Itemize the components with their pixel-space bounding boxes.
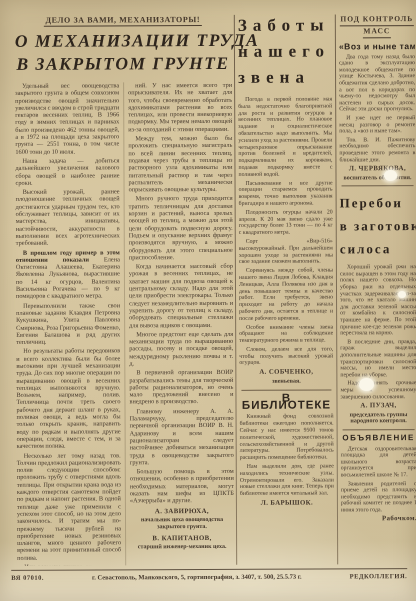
paper-damage-spot	[359, 378, 374, 391]
paragraph: В первичной организации ВОИР разрабатыва…	[129, 369, 233, 406]
article-kicker: ДЕЛО ЗА ВАМИ, МЕХАНИЗАТОРЫ!	[15, 15, 231, 25]
paragraph: Высокий урожай, раннее плодоношение тепл…	[16, 189, 120, 248]
article-silos: Перебои в заготовке силоса Хороший урожа…	[340, 191, 416, 425]
paragraph: Книжный фонд совхозной библиотеки ежегод…	[240, 414, 334, 462]
column-2: ний. У нас имеется всего три опрыскивате…	[128, 82, 234, 566]
signature-name: А. ПУЗАЧ,	[340, 403, 416, 410]
imprint-index: ВЯ 07010.	[11, 575, 44, 582]
headline-line2: в заготовке	[340, 214, 416, 237]
paragraph: Особое внимание члены звена обращают на …	[239, 324, 333, 345]
article-library: В БИБЛИОТЕКЕ Книжный фонд совхозной библ…	[239, 395, 333, 507]
paragraph: Много ручного труда приходится тратить т…	[129, 195, 233, 261]
paragraph: Несколько лет тому назад тов. Толчин пре…	[17, 452, 121, 562]
paragraph: Наша задача — добиться дальнейшего увели…	[15, 157, 119, 187]
article-headline: Перебои в заготовке силоса	[340, 191, 416, 260]
paragraph: Или возьмем другую операцию — опрыскиван…	[17, 563, 121, 566]
paragraph: Сорт «Вир-516» высокоурожайный. При даль…	[239, 238, 333, 266]
paper-damage-spot	[398, 291, 406, 298]
article-mechanization: ДЕЛО ЗА ВАМИ, МЕХАНИЗАТОРЫ! О МЕХАНИЗАЦИ…	[15, 13, 233, 566]
article-headline: ОБЪЯВЛЕНИЕ	[341, 435, 416, 442]
signature-name: Рабочком.	[341, 517, 416, 524]
article-voz: ПОД КОНТРОЛЬ МАСС «Воз и ныне там» Два г…	[339, 14, 416, 182]
section-divider	[241, 389, 331, 390]
paragraph: Пасынкование и все другие операции стара…	[239, 180, 333, 208]
signature-role: председатель группы народного контроля.	[341, 412, 416, 426]
signature-role: воспитатель общежития.	[339, 175, 415, 182]
kicker-text: ДЕЛО ЗА ВАМИ, МЕХАНИЗАТОРЫ!	[44, 15, 203, 27]
paragraph: Плодоносить огурцы начали 20 апреля. К 2…	[239, 209, 333, 237]
article-headline: В БИБЛИОТЕКЕ	[239, 395, 333, 409]
paragraph: Погода в первой половине мая была недост…	[238, 96, 332, 178]
paragraph: В последние дни, правда, гараж выделил д…	[340, 339, 416, 379]
section-divider	[342, 185, 414, 186]
headline-line1: Заботы	[238, 12, 332, 38]
article-headline: «Воз и ныне там»	[339, 43, 415, 50]
signature-name: А. ЗАВИРЮХА,	[130, 508, 234, 516]
column-1: Удельный вес овощеводства закрытого грун…	[15, 82, 121, 566]
headline-line3: силоса	[340, 237, 416, 260]
signature-role: звеньевая.	[239, 379, 333, 386]
article-headline: О МЕХАНИЗАЦИИ ТРУДА В ЗАКРЫТОМ ГРУНТЕ	[15, 29, 231, 76]
paragraph: Главному инженеру А. А. Паламарчуку, пре…	[130, 408, 234, 467]
imprint-editorial: РЕДКОЛЛЕГИЯ.	[350, 573, 408, 580]
column-divider	[335, 14, 338, 564]
paragraph: Хороший урожай ржи на силос выращен в эт…	[340, 264, 416, 337]
headline-line3: звена	[238, 64, 332, 90]
newspaper-page: ДЕЛО ЗА ВАМИ, МЕХАНИЗАТОРЫ! О МЕХАНИЗАЦИ…	[0, 0, 416, 601]
paragraph: Надо принять срочные меры к успешному за…	[340, 380, 416, 400]
signature-name: Л. БАРЫШОК.	[240, 500, 334, 507]
headline-line2: В ЗАКРЫТОМ ГРУНТЕ	[15, 52, 231, 76]
paragraph: Тов. В. И. Пажитнову необходимо обеспечи…	[339, 137, 415, 164]
paragraph: И уже идет не первый месяц разговор о ре…	[339, 115, 415, 135]
column-3: Заботы нашего звена Погода в первой поло…	[238, 12, 334, 564]
article-headline: Заботы нашего звена	[238, 12, 332, 90]
section-divider	[343, 429, 415, 430]
paragraph: Нам выделили дом, где ранее находились т…	[240, 463, 334, 497]
column-divider	[234, 15, 237, 565]
paragraph: Два года тому назад было сдано в эксплуа…	[339, 54, 415, 114]
headline-line1: Перебои	[340, 191, 416, 214]
paper-damage-spot	[384, 170, 397, 181]
column-divider	[123, 82, 126, 566]
rubric-line1: ПОД КОНТРОЛЬ	[339, 14, 414, 26]
paragraph: Соревнуясь между собой, члены нашего зве…	[239, 268, 333, 323]
imprint-footer: ВЯ 07010. г. Севастополь, Маяковского, 5…	[11, 568, 407, 582]
rubric-line2: МАСС	[362, 26, 391, 38]
signature-role: старший инженер-механик цеха.	[130, 544, 234, 552]
paragraph: Когда начинается массовый сбор урожая в …	[129, 263, 233, 329]
paragraph: Но результаты работы передовиков и всего…	[16, 348, 120, 451]
paragraph: Удельный вес овощеводства закрытого грун…	[15, 82, 119, 155]
paragraph: Словом, делаем все для того, чтобы получ…	[239, 346, 333, 367]
main-columns: ДЕЛО ЗА ВАМИ, МЕХАНИЗАТОРЫ! О МЕХАНИЗАЦИ…	[0, 0, 416, 566]
imprint-address: г. Севастополь, Маяковского, 5, гортипог…	[92, 574, 302, 582]
signature-name: В. КАПИТАНОВ,	[130, 534, 234, 542]
signature-name: А. СОБЧЕНКО,	[239, 370, 333, 377]
column-4: ПОД КОНТРОЛЬ МАСС «Воз и ныне там» Два г…	[339, 12, 416, 564]
paragraph: ний. У нас имеется всего три опрыскивате…	[128, 82, 232, 134]
rubric-header: ПОД КОНТРОЛЬ МАСС	[339, 14, 415, 38]
headline-line1: О МЕХАНИЗАЦИИ ТРУДА	[15, 29, 231, 53]
paragraph: Заявления родителей о приеме детей на пл…	[341, 481, 416, 514]
paragraph: Детская оздоровительная площадка для дет…	[341, 446, 416, 479]
paragraph: Большую помощь в этом отношении, особенн…	[130, 468, 234, 505]
page-content: ДЕЛО ЗА ВАМИ, МЕХАНИЗАТОРЫ! О МЕХАНИЗАЦИ…	[0, 0, 416, 582]
article-zaboty: Заботы нашего звена Погода в первой поло…	[238, 12, 334, 385]
paragraph: В прошлом году пример в этом отношении п…	[16, 249, 120, 301]
article-announcement: ОБЪЯВЛЕНИЕ Детская оздоровительная площа…	[341, 435, 416, 523]
paragraph: Между тем, можно было бы проложить специ…	[128, 135, 232, 194]
paragraph: Перевыполнили также свои плановые задани…	[16, 302, 120, 346]
article-columns: Удельный вес овощеводства закрытого грун…	[15, 82, 233, 566]
signature-name: Л. ЧЕРВЯКОВА,	[339, 166, 415, 173]
paragraph: Многое предстоит еще сделать для механиз…	[129, 331, 233, 368]
signature-role: начальник цеха овощеводства закрытого гр…	[130, 517, 234, 532]
headline-line2: нашего	[238, 38, 332, 64]
